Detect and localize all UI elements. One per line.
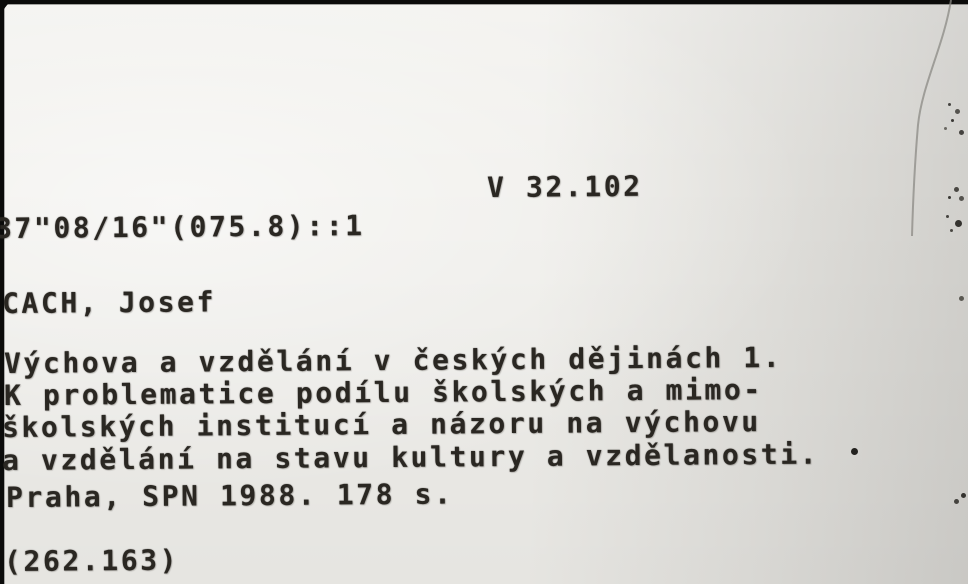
scan-speckles bbox=[0, 0, 3, 3]
catalog-card-scan: V 32.102 37"08/16"(075.8)::1 CACH, Josef… bbox=[0, 0, 968, 584]
subtitle-line: a vzdělání na stavu kultury a vzdělanost… bbox=[2, 438, 819, 477]
call-number: V 32.102 bbox=[487, 170, 643, 204]
classification-number: 37"08/16"(075.8)::1 bbox=[0, 209, 365, 245]
author-heading: CACH, Josef bbox=[2, 285, 216, 320]
publication-line: Praha, SPN 1988. 178 s. bbox=[6, 477, 454, 514]
scan-edge-top bbox=[0, 0, 968, 4]
accession-number: (262.163) bbox=[4, 544, 179, 578]
